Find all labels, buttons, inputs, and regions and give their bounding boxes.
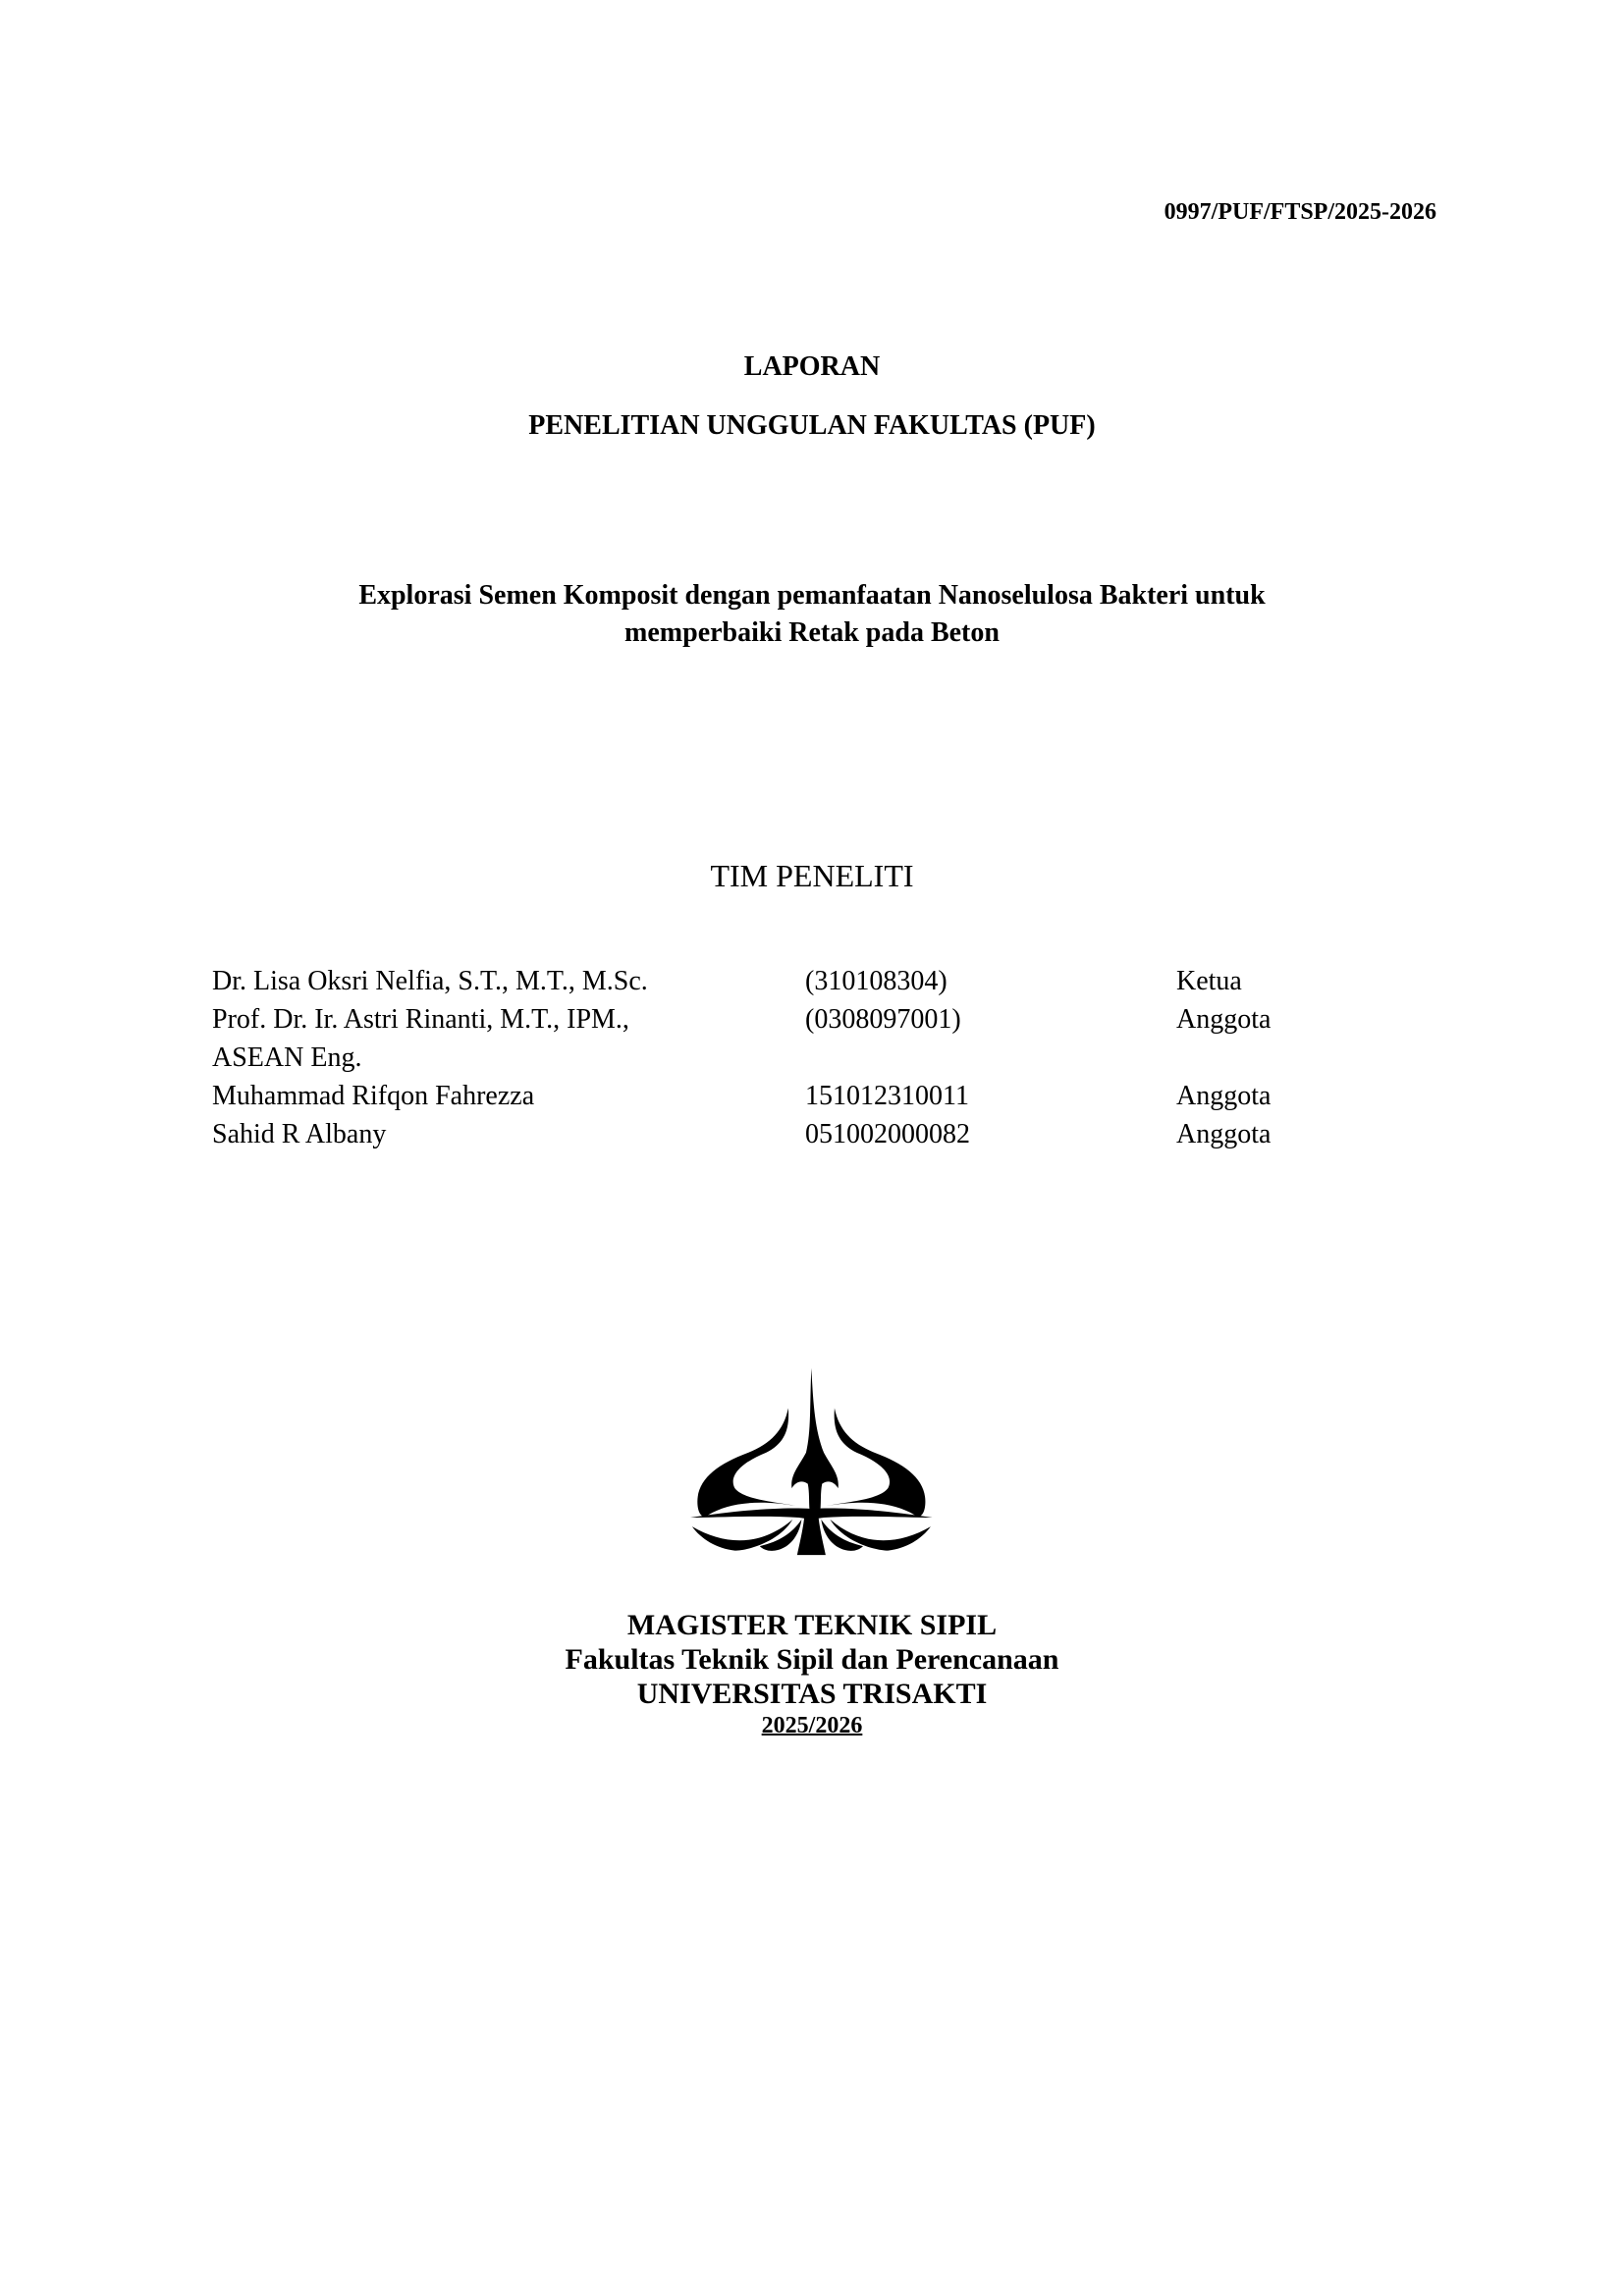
program-label: MAGISTER TEKNIK SIPIL [0,1608,1624,1642]
member-id: (310108304) [805,962,947,1000]
member-id: 151012310011 [805,1077,969,1115]
university-label: UNIVERSITAS TRISAKTI [0,1677,1624,1711]
member-name: Sahid R Albany [212,1115,762,1153]
faculty-label: Fakultas Teknik Sipil dan Perencanaan [0,1642,1624,1677]
report-title: Explorasi Semen Komposit dengan pemanfaa… [0,577,1624,652]
report-title-line-1: Explorasi Semen Komposit dengan pemanfaa… [0,577,1624,614]
member-id: 051002000082 [805,1115,970,1153]
program-name: PENELITIAN UNGGULAN FAKULTAS (PUF) [0,410,1624,442]
report-title-line-2: memperbaiki Retak pada Beton [0,614,1624,652]
member-name: Dr. Lisa Oksri Nelfia, S.T., M.T., M.Sc. [212,962,762,1000]
team-heading: TIM PENELITI [0,858,1624,894]
academic-year: 2025/2026 [0,1711,1624,1740]
member-role: Anggota [1176,1115,1271,1153]
report-label: LAPORAN [0,351,1624,383]
member-role: Anggota [1176,1077,1271,1115]
member-id: (0308097001) [805,1000,961,1039]
institution-block: MAGISTER TEKNIK SIPIL Fakultas Teknik Si… [0,1608,1624,1740]
member-role: Anggota [1176,1000,1271,1039]
university-emblem-icon [681,1367,948,1574]
member-role: Ketua [1176,962,1242,1000]
member-name: Muhammad Rifqon Fahrezza [212,1077,762,1115]
member-name: Prof. Dr. Ir. Astri Rinanti, M.T., IPM.,… [212,1000,762,1077]
document-number: 0997/PUF/FTSP/2025-2026 [1164,199,1436,226]
